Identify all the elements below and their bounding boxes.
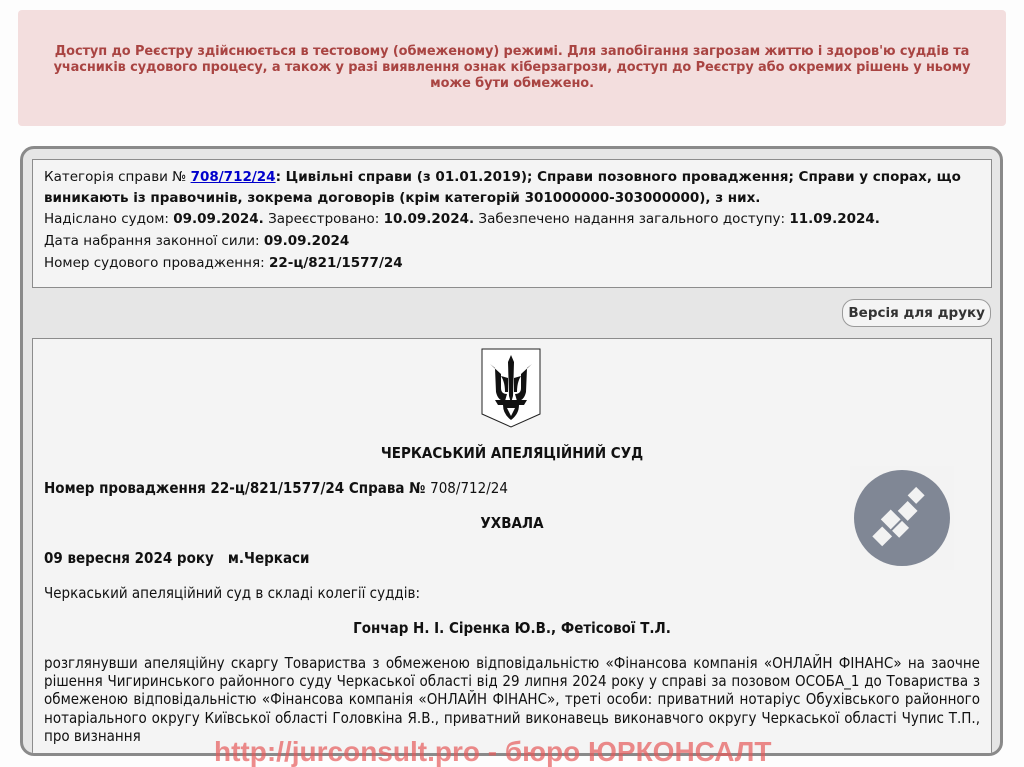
effective-date: 09.09.2024 xyxy=(264,233,349,249)
case-info-box: Категорія справи № 708/712/24: Цивільні … xyxy=(32,159,992,288)
access-label: Забезпечено надання загального доступу: xyxy=(474,211,789,227)
decision-panel: Категорія справи № 708/712/24: Цивільні … xyxy=(20,146,1003,756)
panel-composition: Черкаський апеляційний суд в складі коле… xyxy=(44,584,980,602)
proceeding-label: Номер провадження 22-ц/821/1577/24 Справ… xyxy=(44,479,430,497)
case-dates: Надіслано судом: 09.09.2024. Зареєстрова… xyxy=(44,209,980,231)
proceeding-number-line: Номер судового провадження: 22-ц/821/157… xyxy=(44,253,980,275)
decision-body-text: розглянувши апеляційну скаргу Товариства… xyxy=(44,654,980,745)
date-city-line: 09 вересня 2024 року м.Черкаси xyxy=(44,549,980,567)
case-number-link[interactable]: 708/712/24 xyxy=(191,169,276,185)
sent-date: 09.09.2024. xyxy=(173,211,264,227)
category-label: Категорія справи № xyxy=(44,169,191,185)
case-number-line: Номер провадження 22-ц/821/1577/24 Справ… xyxy=(44,479,980,497)
access-date: 11.09.2024. xyxy=(789,211,880,227)
ukraine-coat-of-arms-icon xyxy=(481,348,541,428)
effective-date-line: Дата набрання законної сили: 09.09.2024 xyxy=(44,231,980,253)
sent-label: Надіслано судом: xyxy=(44,211,173,227)
case-category: Категорія справи № 708/712/24: Цивільні … xyxy=(44,167,980,209)
document-content: ЧЕРКАСЬКИЙ АПЕЛЯЦІЙНИЙ СУД Номер провадж… xyxy=(32,338,992,756)
access-warning-alert: Доступ до Реєстру здійснюється в тестово… xyxy=(18,10,1006,126)
proceeding-number: 22-ц/821/1577/24 xyxy=(269,255,403,271)
effective-label: Дата набрання законної сили: xyxy=(44,233,264,249)
judges-names: Гончар Н. І. Сіренка Ю.В., Фетісової Т.Л… xyxy=(44,619,980,637)
court-name: ЧЕРКАСЬКИЙ АПЕЛЯЦІЙНИЙ СУД xyxy=(44,444,980,462)
document-title: УХВАЛА xyxy=(44,514,980,532)
case-number: 708/712/24 xyxy=(430,479,508,497)
registered-label: Зареєстровано: xyxy=(264,211,384,227)
print-version-button[interactable]: Версія для друку xyxy=(842,299,991,327)
alert-text: Доступ до Реєстру здійснюється в тестово… xyxy=(28,44,996,92)
proceeding-label: Номер судового провадження: xyxy=(44,255,269,271)
registered-date: 10.09.2024. xyxy=(384,211,475,227)
